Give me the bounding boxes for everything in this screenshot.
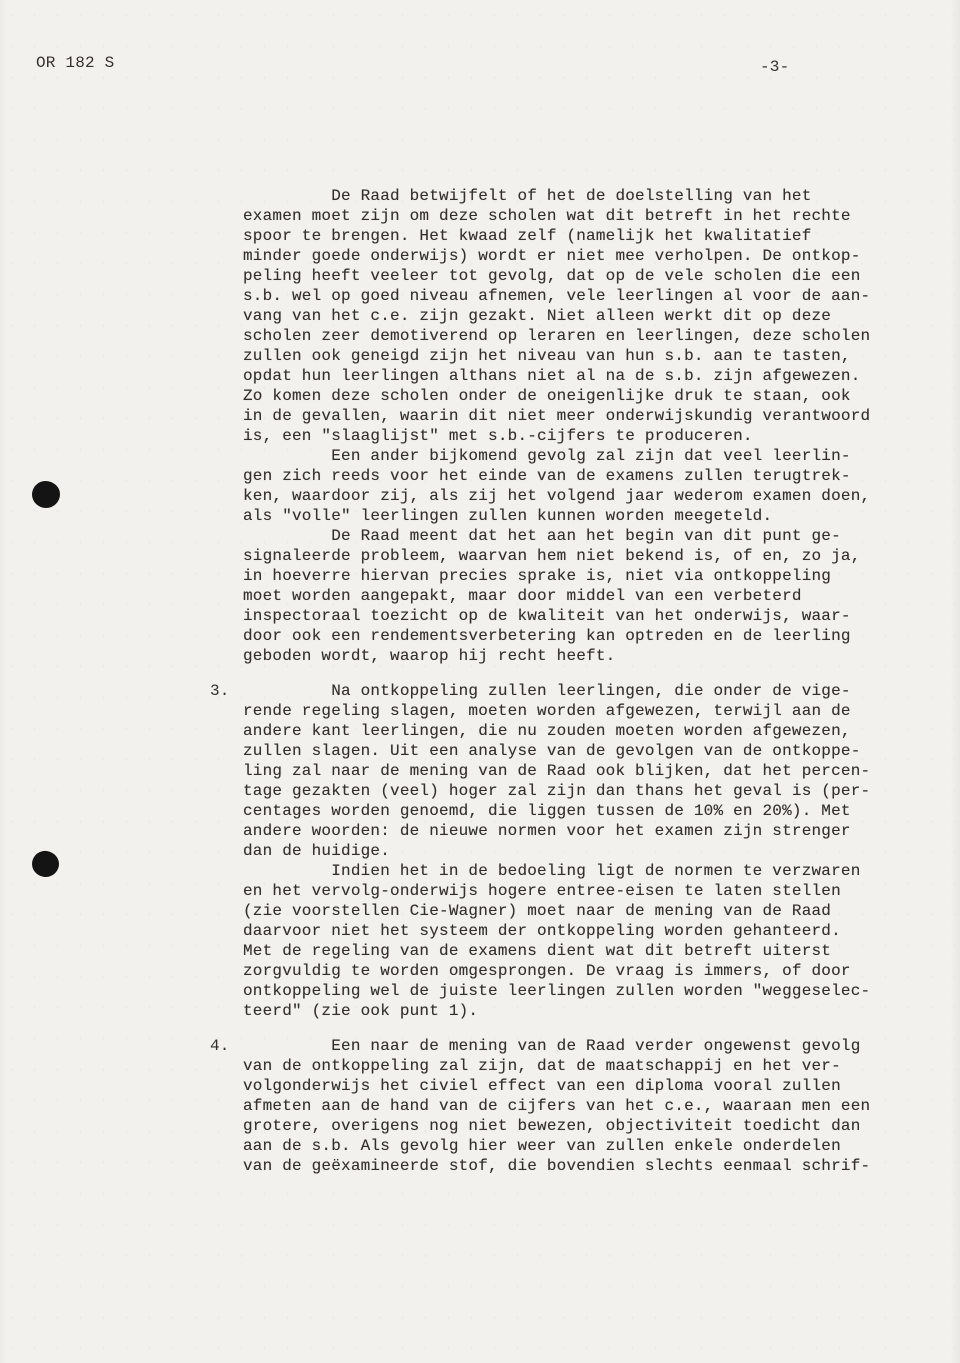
text-line: in de gevallen, waarin dit niet meer ond… (243, 406, 910, 426)
text-line: rende regeling slagen, moeten worden afg… (243, 701, 910, 721)
hole-punch-top-icon (32, 481, 60, 508)
paragraph-block: 4. Een naar de mening van de Raad verder… (210, 1036, 910, 1176)
text-line: ontkoppeling wel de juiste leerlingen zu… (243, 981, 910, 1001)
text-line: examen moet zijn om deze scholen wat dit… (243, 206, 910, 226)
text-line: is, een "slaaglijst" met s.b.-cijfers te… (243, 426, 910, 446)
text-line: grotere, overigens nog niet bewezen, obj… (243, 1116, 910, 1136)
text-line: door ook een rendementsverbetering kan o… (243, 626, 910, 646)
text-line: (zie voorstellen Cie-Wagner) moet naar d… (243, 901, 910, 921)
text-line: daarvoor niet het systeem der ontkoppeli… (243, 921, 910, 941)
text-line: ling zal naar de mening van de Raad ook … (243, 761, 910, 781)
text-line: andere woorden: de nieuwe normen voor he… (243, 821, 910, 841)
block-number: 4. (210, 1036, 243, 1176)
text-line: s.b. wel op goed niveau afnemen, vele le… (243, 286, 910, 306)
block-lines: De Raad betwijfelt of het de doelstellin… (243, 186, 910, 666)
text-line: zorgvuldig te worden omgesprongen. De vr… (243, 961, 910, 981)
text-line: inspectoraal toezicht op de kwaliteit va… (243, 606, 910, 626)
text-line: signaleerde probleem, waarvan hem niet b… (243, 546, 910, 566)
text-line: in hoeverre hiervan precies sprake is, n… (243, 566, 910, 586)
document-blocks: De Raad betwijfelt of het de doelstellin… (210, 186, 910, 1191)
block-lines: Een naar de mening van de Raad verder on… (243, 1036, 910, 1176)
document-page: OR 182 S -3- De Raad betwijfelt of het d… (0, 0, 960, 1363)
text-line: teerd" (zie ook punt 1). (243, 1001, 910, 1021)
text-line: afmeten aan de hand van de cijfers van h… (243, 1096, 910, 1116)
text-line: Een ander bijkomend gevolg zal zijn dat … (243, 446, 910, 466)
text-line: Met de regeling van de examens dient wat… (243, 941, 910, 961)
text-line: peling heeft veeleer tot gevolg, dat op … (243, 266, 910, 286)
text-line: opdat hun leerlingen althans niet al na … (243, 366, 910, 386)
text-line: als "volle" leerlingen zullen kunnen wor… (243, 506, 910, 526)
text-line: zullen slagen. Uit een analyse van de ge… (243, 741, 910, 761)
text-line: aan de s.b. Als gevolg hier weer van zul… (243, 1136, 910, 1156)
text-line: tage gezakten (veel) hoger zal zijn dan … (243, 781, 910, 801)
text-line: scholen zeer demotiverend op leraren en … (243, 326, 910, 346)
text-line: Na ontkoppeling zullen leerlingen, die o… (243, 681, 910, 701)
block-lines: Na ontkoppeling zullen leerlingen, die o… (243, 681, 910, 1021)
page-number: -3- (760, 57, 789, 77)
text-line: centages worden genoemd, die liggen tuss… (243, 801, 910, 821)
text-line: dan de huidige. (243, 841, 910, 861)
text-line: gen zich reeds voor het einde van de exa… (243, 466, 910, 486)
text-line: De Raad betwijfelt of het de doelstellin… (243, 186, 910, 206)
text-line: Een naar de mening van de Raad verder on… (243, 1036, 910, 1056)
text-line: Zo komen deze scholen onder de oneigenli… (243, 386, 910, 406)
text-line: zullen ook geneigd zijn het niveau van h… (243, 346, 910, 366)
text-line: minder goede onderwijs) wordt er niet me… (243, 246, 910, 266)
block-number: 3. (210, 681, 243, 1021)
text-line: geboden wordt, waarop hij recht heeft. (243, 646, 910, 666)
block-number (210, 186, 243, 666)
text-line: spoor te brengen. Het kwaad zelf (nameli… (243, 226, 910, 246)
text-line: moet worden aangepakt, maar door middel … (243, 586, 910, 606)
paragraph-block: 3. Na ontkoppeling zullen leerlingen, di… (210, 681, 910, 1021)
text-line: vang van het c.e. zijn gezakt. Niet alle… (243, 306, 910, 326)
document-reference: OR 182 S (36, 53, 114, 73)
paragraph-block: De Raad betwijfelt of het de doelstellin… (210, 186, 910, 666)
text-line: van de ontkoppeling zal zijn, dat de maa… (243, 1056, 910, 1076)
text-line: Indien het in de bedoeling ligt de norme… (243, 861, 910, 881)
hole-punch-bottom-icon (30, 849, 60, 879)
text-line: volgonderwijs het civiel effect van een … (243, 1076, 910, 1096)
text-line: ken, waardoor zij, als zij het volgend j… (243, 486, 910, 506)
text-line: van de geëxamineerde stof, die bovendien… (243, 1156, 910, 1176)
text-line: andere kant leerlingen, die nu zouden mo… (243, 721, 910, 741)
text-line: De Raad meent dat het aan het begin van … (243, 526, 910, 546)
text-line: en het vervolg-onderwijs hogere entree-e… (243, 881, 910, 901)
